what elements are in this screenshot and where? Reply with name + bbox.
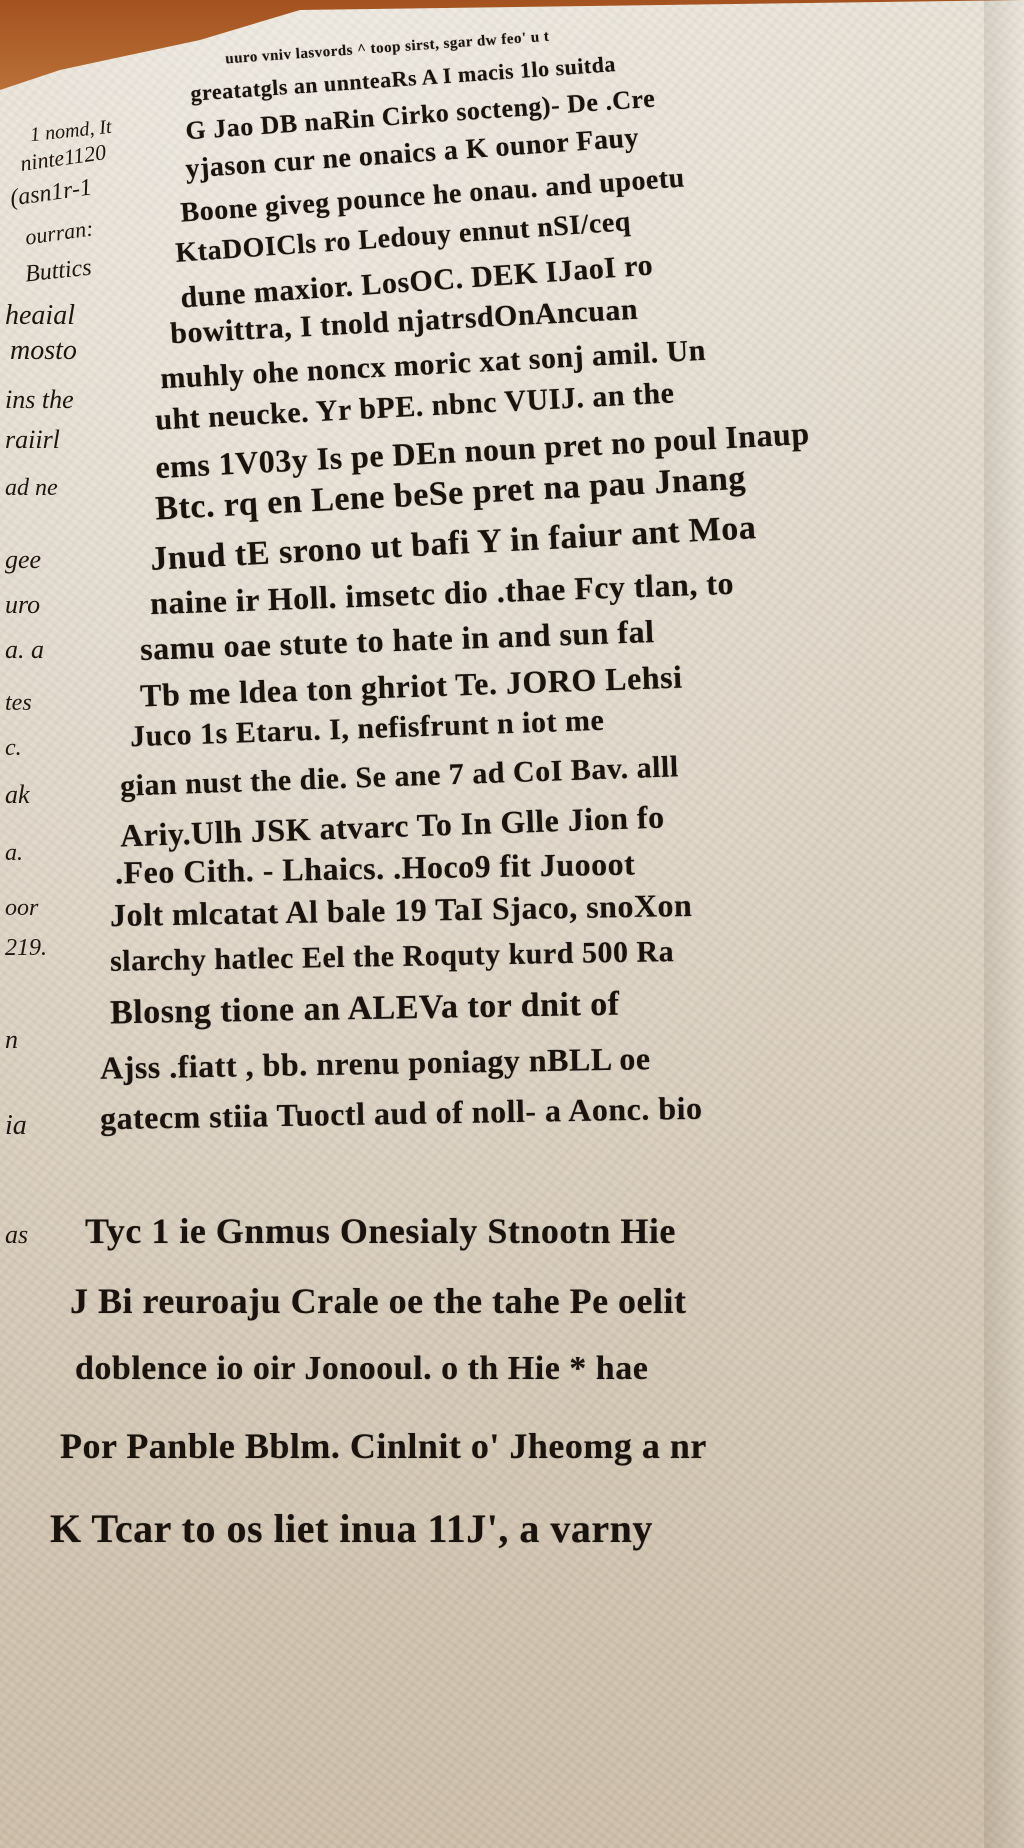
margin-line: mosto [10, 335, 77, 367]
underlying-page-edge [984, 0, 1024, 1848]
margin-line: ia [5, 1110, 27, 1142]
margin-line: oor [5, 895, 38, 922]
margin-line: uro [5, 590, 40, 620]
text-line: doblence io oir Jonooul. o th Hie * hae [75, 1350, 648, 1388]
margin-line: 219. [5, 935, 47, 962]
margin-line: c. [5, 735, 22, 762]
margin-line: tes [5, 690, 32, 717]
margin-line: n [5, 1025, 18, 1055]
margin-line: ins the [5, 385, 74, 415]
margin-line: a. [5, 840, 23, 867]
margin-line: as [5, 1220, 28, 1250]
margin-line: ad ne [5, 475, 58, 502]
text-line: J Bi reuroaju Crale oe the tahe Pe oelit [70, 1280, 687, 1322]
text-line: K Tcar to os liet inua 11J', a varny [50, 1505, 653, 1552]
margin-line: a. a [5, 635, 44, 665]
text-line: Por Panble Bblm. Cinlnit o' Jheomg a nr [60, 1425, 707, 1467]
margin-line: heaial [5, 300, 75, 332]
margin-line: gee [5, 545, 41, 575]
margin-line: ak [5, 780, 30, 810]
margin-line: raiirl [5, 425, 60, 455]
text-line: Tyc 1 ie Gnmus Onesialy Stnootn Hie [85, 1210, 676, 1252]
